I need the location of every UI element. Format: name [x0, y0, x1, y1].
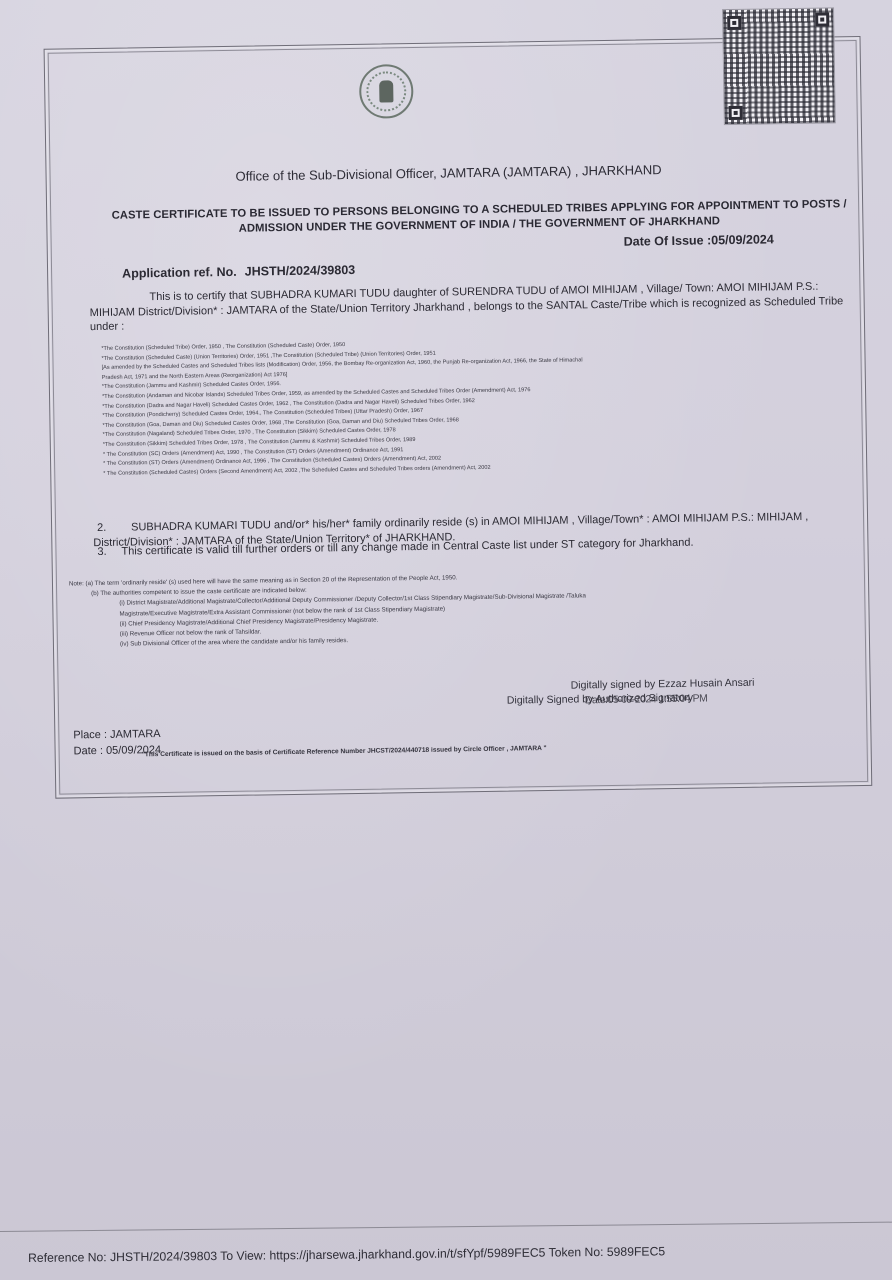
constitution-orders-list: *The Constitution (Scheduled Tribe) Orde… — [101, 334, 803, 479]
verification-footer: Reference No: JHSTH/2024/39803 To View: … — [28, 1244, 665, 1265]
verification-link[interactable]: https://jharsewa.jharkhand.gov.in/t/sfYp… — [269, 1246, 545, 1263]
footer-divider — [0, 1222, 892, 1232]
signature-date-overlay: Date:05-09-2024 1:55:04 PM — [585, 692, 708, 706]
token-label: Token No: — [545, 1245, 607, 1260]
paragraph-number: 3. — [97, 546, 121, 558]
token-value: 5989FEC5 — [607, 1244, 665, 1259]
certificate-page: Office of the Sub-Divisional Officer, JA… — [30, 0, 874, 802]
qr-code-icon[interactable] — [722, 7, 836, 125]
application-ref-value: JHSTH/2024/39803 — [245, 263, 356, 279]
qr-finder-icon — [815, 12, 829, 26]
date-of-issue-label: Date Of Issue : — [624, 233, 712, 248]
application-ref-label: Application ref. No. — [122, 265, 237, 281]
date-of-issue-value: 05/09/2024 — [711, 232, 774, 247]
reference-label: Reference No: — [28, 1250, 110, 1265]
qr-finder-icon — [729, 106, 743, 120]
digital-signature-block: Digitally Signed by Authorized Signatory… — [507, 692, 693, 707]
reference-number: JHSTH/2024/39803 — [110, 1249, 217, 1264]
view-label: To View: — [217, 1248, 270, 1263]
paragraph-number: 2. — [93, 520, 131, 535]
lion-capital-icon — [379, 80, 393, 102]
qr-finder-icon — [727, 16, 741, 30]
notes-section: Note: (a) The term 'ordinarily reside' (… — [69, 568, 770, 650]
place-value: JAMTARA — [110, 728, 161, 741]
date-of-issue: Date Of Issue :05/09/2024 — [624, 232, 774, 248]
date-label: Date : — [74, 745, 107, 758]
place: Place : JAMTARA — [73, 728, 160, 741]
place-label: Place : — [73, 729, 110, 742]
